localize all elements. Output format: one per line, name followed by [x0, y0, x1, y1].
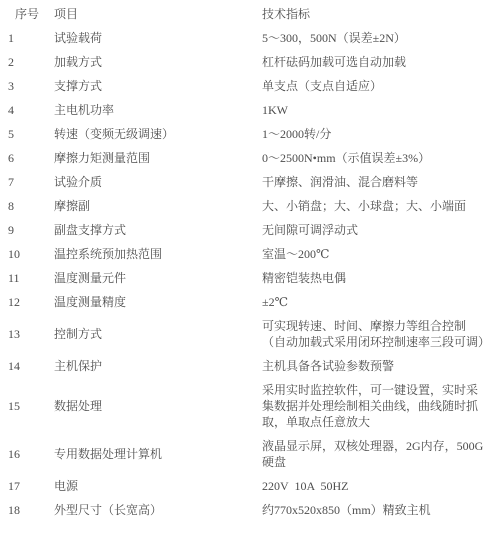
row-item: 电源 [54, 474, 262, 498]
row-spec: 干摩擦、润滑油、混合磨料等 [262, 170, 500, 194]
table-row: 14 主机保护 主机具备各试验参数预警 [0, 354, 500, 378]
table-row: 10 温控系统预加热范围 室温～200℃ [0, 242, 500, 266]
row-number: 4 [0, 98, 54, 122]
row-item: 温控系统预加热范围 [54, 242, 262, 266]
table-row: 18 外型尺寸（长宽高） 约770x520x850（mm）精致主机 [0, 498, 500, 522]
row-spec: 220V 10A 50HZ [262, 474, 500, 498]
table-row: 6 摩擦力矩测量范围 0～2500N•mm（示值误差±3%） [0, 146, 500, 170]
row-item: 试验介质 [54, 170, 262, 194]
row-item: 摩擦副 [54, 194, 262, 218]
table-row: 2 加载方式 杠杆砝码加载可选自动加载 [0, 50, 500, 74]
spec-document-page: 序号 项目 技术指标 1 试验载荷 5～300，500N（误差±2N） 2 加载… [0, 0, 500, 540]
spec-table: 序号 项目 技术指标 1 试验载荷 5～300，500N（误差±2N） 2 加载… [0, 2, 500, 522]
row-number: 15 [0, 378, 54, 434]
row-spec: 大、小销盘；大、小球盘；大、小端面 [262, 194, 500, 218]
row-number: 6 [0, 146, 54, 170]
spec-table-header: 序号 项目 技术指标 [0, 2, 500, 26]
row-spec: 杠杆砝码加载可选自动加载 [262, 50, 500, 74]
row-number: 1 [0, 26, 54, 50]
row-spec: 无间隙可调浮动式 [262, 218, 500, 242]
spec-table-body: 1 试验载荷 5～300，500N（误差±2N） 2 加载方式 杠杆砝码加载可选… [0, 26, 500, 522]
table-row: 7 试验介质 干摩擦、润滑油、混合磨料等 [0, 170, 500, 194]
header-row: 序号 项目 技术指标 [0, 2, 500, 26]
row-number: 8 [0, 194, 54, 218]
row-number: 10 [0, 242, 54, 266]
row-spec: 室温～200℃ [262, 242, 500, 266]
header-item: 项目 [54, 2, 262, 26]
table-row: 17 电源 220V 10A 50HZ [0, 474, 500, 498]
header-spec: 技术指标 [262, 2, 500, 26]
row-number: 7 [0, 170, 54, 194]
row-number: 12 [0, 290, 54, 314]
header-number: 序号 [0, 2, 54, 26]
row-item: 外型尺寸（长宽高） [54, 498, 262, 522]
table-row: 8 摩擦副 大、小销盘；大、小球盘；大、小端面 [0, 194, 500, 218]
row-number: 3 [0, 74, 54, 98]
row-spec: 精密铠装热电偶 [262, 266, 500, 290]
row-spec: 0～2500N•mm（示值误差±3%） [262, 146, 500, 170]
row-number: 18 [0, 498, 54, 522]
row-spec: 约770x520x850（mm）精致主机 [262, 498, 500, 522]
row-spec: 1KW [262, 98, 500, 122]
row-item: 温度测量元件 [54, 266, 262, 290]
row-item: 转速（变频无级调速） [54, 122, 262, 146]
table-row: 16 专用数据处理计算机 液晶显示屏，双核处理器，2G内存，500G硬盘 [0, 434, 500, 474]
row-number: 5 [0, 122, 54, 146]
table-row: 4 主电机功率 1KW [0, 98, 500, 122]
row-item: 数据处理 [54, 378, 262, 434]
table-row: 5 转速（变频无级调速） 1～2000转/分 [0, 122, 500, 146]
table-row: 11 温度测量元件 精密铠装热电偶 [0, 266, 500, 290]
row-item: 专用数据处理计算机 [54, 434, 262, 474]
row-number: 16 [0, 434, 54, 474]
table-row: 13 控制方式 可实现转速、时间、摩擦力等组合控制（自动加载式采用闭环控制速率三… [0, 314, 500, 354]
table-row: 1 试验载荷 5～300，500N（误差±2N） [0, 26, 500, 50]
row-number: 11 [0, 266, 54, 290]
row-item: 控制方式 [54, 314, 262, 354]
row-spec: 液晶显示屏，双核处理器，2G内存，500G硬盘 [262, 434, 500, 474]
row-spec: 主机具备各试验参数预警 [262, 354, 500, 378]
row-item: 主机保护 [54, 354, 262, 378]
row-item: 试验载荷 [54, 26, 262, 50]
table-row: 15 数据处理 采用实时监控软件，可一键设置，实时采集数据并处理绘制相关曲线，曲… [0, 378, 500, 434]
table-row: 9 副盘支撑方式 无间隙可调浮动式 [0, 218, 500, 242]
row-item: 温度测量精度 [54, 290, 262, 314]
row-spec: 1～2000转/分 [262, 122, 500, 146]
row-item: 支撑方式 [54, 74, 262, 98]
table-row: 12 温度测量精度 ±2℃ [0, 290, 500, 314]
row-number: 2 [0, 50, 54, 74]
row-number: 13 [0, 314, 54, 354]
row-spec: 可实现转速、时间、摩擦力等组合控制（自动加载式采用闭环控制速率三段可调） [262, 314, 500, 354]
row-number: 17 [0, 474, 54, 498]
row-number: 14 [0, 354, 54, 378]
row-item: 主电机功率 [54, 98, 262, 122]
row-item: 加载方式 [54, 50, 262, 74]
row-spec: ±2℃ [262, 290, 500, 314]
row-item: 副盘支撑方式 [54, 218, 262, 242]
row-spec: 采用实时监控软件，可一键设置，实时采集数据并处理绘制相关曲线，曲线随时抓取，单取… [262, 378, 500, 434]
row-spec: 5～300，500N（误差±2N） [262, 26, 500, 50]
row-number: 9 [0, 218, 54, 242]
row-item: 摩擦力矩测量范围 [54, 146, 262, 170]
table-row: 3 支撑方式 单支点（支点自适应） [0, 74, 500, 98]
row-spec: 单支点（支点自适应） [262, 74, 500, 98]
